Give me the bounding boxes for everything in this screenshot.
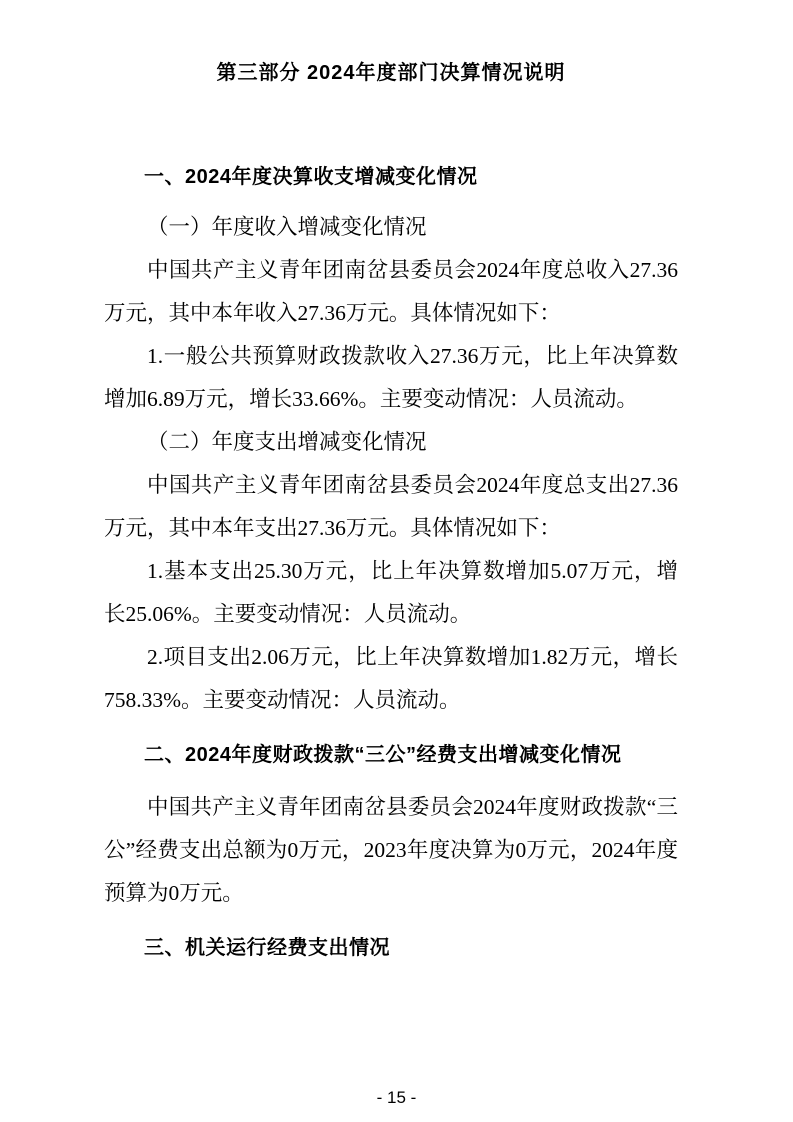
paragraph-income-item-1: 1.一般公共预算财政拨款收入27.36万元，比上年决算数增加6.89万元，增长3…: [104, 335, 678, 421]
section-2-heading: 二、2024年度财政拨款“三公”经费支出增减变化情况: [104, 734, 678, 777]
paragraph-income-total: 中国共产主义青年团南岔县委员会2024年度总收入27.36万元，其中本年收入27…: [104, 249, 678, 335]
paragraph-expenditure-item-2: 2.项目支出2.06万元，比上年决算数增加1.82万元，增长758.33%。主要…: [104, 636, 678, 722]
paragraph-expenditure-item-1: 1.基本支出25.30万元，比上年决算数增加5.07万元，增长25.06%。主要…: [104, 550, 678, 636]
subsection-1-2-heading: （二）年度支出增减变化情况: [104, 421, 678, 464]
page-number: - 15 -: [0, 1089, 793, 1106]
document-content: 第三部分 2024年度部门决算情况说明 一、2024年度决算收支增减变化情况 （…: [0, 0, 793, 970]
section-3-heading: 三、机关运行经费支出情况: [104, 927, 678, 970]
paragraph-three-public-funds: 中国共产主义青年团南岔县委员会2024年度财政拨款“三公”经费支出总额为0万元，…: [104, 786, 678, 915]
section-1-heading: 一、2024年度决算收支增减变化情况: [104, 156, 678, 199]
document-page: 第三部分 2024年度部门决算情况说明 一、2024年度决算收支增减变化情况 （…: [0, 0, 793, 1122]
paragraph-expenditure-total: 中国共产主义青年团南岔县委员会2024年度总支出27.36万元，其中本年支出27…: [104, 464, 678, 550]
document-title: 第三部分 2024年度部门决算情况说明: [104, 52, 678, 95]
subsection-1-1-heading: （一）年度收入增减变化情况: [104, 206, 678, 249]
